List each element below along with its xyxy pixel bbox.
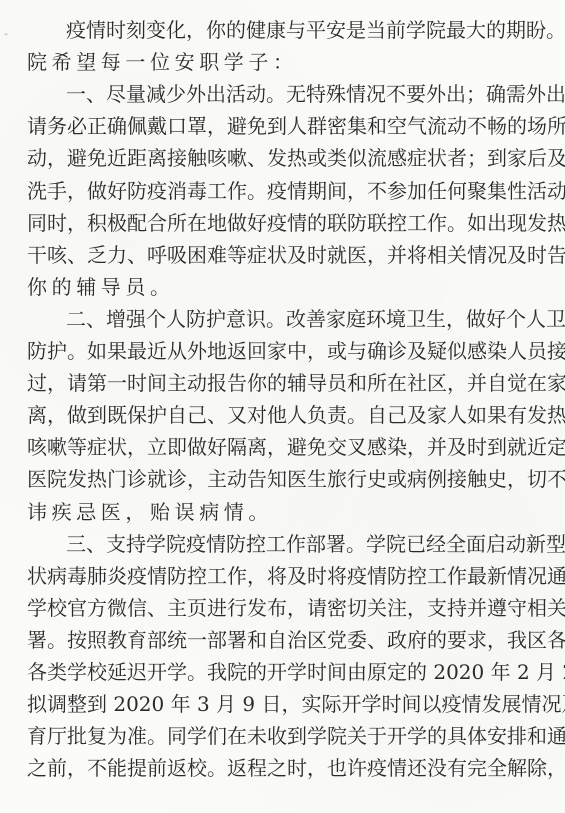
text-line: 你的辅导员。 [27, 273, 530, 301]
text-line: 洗手，做好防疫消毒工作。疫情期间，不参加任何聚集性活动。 [27, 177, 530, 205]
text-line: 状病毒肺炎疫情防控工作，将及时将疫情防控工作最新情况通过 [27, 562, 530, 590]
text-line: 院希望每一位安职学子： [27, 48, 530, 76]
text-line: 过，请第一时间主动报告你的辅导员和所在社区，并自觉在家隔 [27, 369, 530, 397]
text-line: 动，避免近距离接触咳嗽、发热或类似流感症状者；到家后及时 [27, 144, 530, 172]
text-line: 二、增强个人防护意识。改善家庭环境卫生，做好个人卫生 [66, 305, 530, 333]
text-line: 一、尽量减少外出活动。无特殊情况不要外出；确需外出时， [66, 80, 530, 108]
text-line: 同时，积极配合所在地做好疫情的联防联控工作。如出现发热、 [27, 209, 530, 237]
text-line: 之前，不能提前返校。返程之时，也许疫情还没有完全解除，大 [27, 754, 530, 782]
text-line: 咳嗽等症状，立即做好隔离，避免交叉感染，并及时到就近定点 [27, 433, 530, 461]
text-line: 防护。如果最近从外地返回家中，或与确诊及疑似感染人员接触 [27, 337, 530, 365]
text-line: 各类学校延迟开学。我院的开学时间由原定的 2020 年 2 月 24 日 [27, 658, 530, 686]
text-line: 三、支持学院疫情防控工作部署。学院已经全面启动新型冠 [66, 530, 530, 558]
text-line: 育厅批复为准。同学们在未收到学院关于开学的具体安排和通知 [27, 722, 530, 750]
text-line: 署。按照教育部统一部署和自治区党委、政府的要求，我区各级 [27, 626, 530, 654]
text-line: 请务必正确佩戴口罩，避免到人群密集和空气流动不畅的场所活 [27, 112, 530, 140]
text-line: 离，做到既保护自己、又对他人负责。自己及家人如果有发热、 [27, 401, 530, 429]
text-line: 讳疾忌医，贻误病情。 [27, 498, 530, 526]
scan-artifact: ಀ [4, 28, 8, 38]
text-line: 干咳、乏力、呼吸困难等症状及时就医，并将相关情况及时告知 [27, 241, 530, 269]
text-line: 拟调整到 2020 年 3 月 9 日，实际开学时间以疫情发展情况及教 [27, 690, 530, 718]
text-line: 疫情时刻变化，你的健康与平安是当前学院最大的期盼。学 [66, 16, 530, 44]
text-line: 学校官方微信、主页进行发布，请密切关注，支持并遵守相关部 [27, 594, 530, 622]
text-line: 医院发热门诊就诊，主动告知医生旅行史或病例接触史，切不可 [27, 465, 530, 493]
scanned-page: ಀ 疫情时刻变化，你的健康与平安是当前学院最大的期盼。学院希望每一位安职学子：一… [0, 0, 565, 813]
